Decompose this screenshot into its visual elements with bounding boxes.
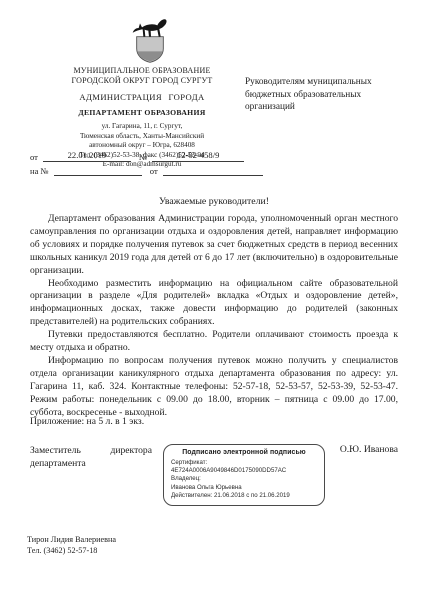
stamp-validity: Действителен: 21.06.2018 с по 21.06.2019 (171, 492, 317, 500)
executor-phone: Тел. (3462) 52-57-18 (27, 546, 116, 557)
paragraph: Департамент образования Администрации го… (30, 213, 398, 278)
recipient-block: Руководителям муниципальных бюджетных об… (245, 76, 407, 114)
executor-name: Тирон Лидия Валериевна (27, 535, 116, 546)
paragraph: Информацию по вопросам получения путевок… (30, 355, 398, 420)
address-line: Тюменская область, Ханты-Мансийский (22, 132, 262, 142)
stamp-owner-label: Владелец: (171, 475, 317, 483)
paragraph: Путевки предоставляются бесплатно. Родит… (30, 329, 398, 355)
org-administration: АДМИНИСТРАЦИЯ ГОРОДА (22, 92, 262, 102)
greeting: Уважаемые руководители! (30, 196, 398, 207)
stamp-owner-name: Иванова Ольга Юрьевна (171, 484, 317, 492)
address-line: ул. Гагарина, 11, г. Сургут, (22, 122, 262, 132)
reply-label: на № (30, 166, 49, 176)
digital-signature-stamp: Подписано электронной подписью Сертифика… (163, 444, 325, 506)
attachment-note: Приложение: на 5 л. в 1 экз. (30, 416, 398, 427)
stamp-title: Подписано электронной подписью (171, 449, 317, 456)
reference-row-outgoing: от 22.01.2019 № 12-02-458/9 (30, 150, 310, 162)
from-label: от (30, 152, 38, 162)
reply-from-label: от (150, 166, 158, 176)
reference-block: от 22.01.2019 № 12-02-458/9 на № от (30, 150, 310, 180)
signer-position: Заместитель директора департамента (30, 444, 152, 470)
reply-number-blank (54, 174, 142, 176)
executor-contact: Тирон Лидия Валериевна Тел. (3462) 52-57… (27, 535, 116, 557)
letter-date: 22.01.2019 (43, 150, 131, 162)
stamp-cert-value: 4E724A0006A9049846D0175090DD57AC (171, 467, 317, 475)
org-name-line2: ГОРОДСКОЙ ОКРУГ ГОРОД СУРГУТ (22, 76, 262, 86)
letter-number: 12-02-458/9 (152, 150, 244, 162)
reference-row-reply: на № от (30, 166, 310, 176)
paragraph: Необходимо разместить информацию на офиц… (30, 278, 398, 330)
reply-date-blank (163, 174, 263, 176)
letter-page: МУНИЦИПАЛЬНОЕ ОБРАЗОВАНИЕ ГОРОДСКОЙ ОКРУ… (0, 0, 424, 600)
number-label: № (139, 152, 147, 162)
letter-body: Департамент образования Администрации го… (30, 213, 398, 420)
stamp-cert-label: Сертификат: (171, 459, 317, 467)
signer-name: О.Ю. Иванова (340, 444, 398, 455)
surgut-coat-of-arms-icon (126, 14, 174, 66)
org-department: ДЕПАРТАМЕНТ ОБРАЗОВАНИЯ (22, 108, 262, 117)
org-name-line1: МУНИЦИПАЛЬНОЕ ОБРАЗОВАНИЕ (22, 66, 262, 76)
